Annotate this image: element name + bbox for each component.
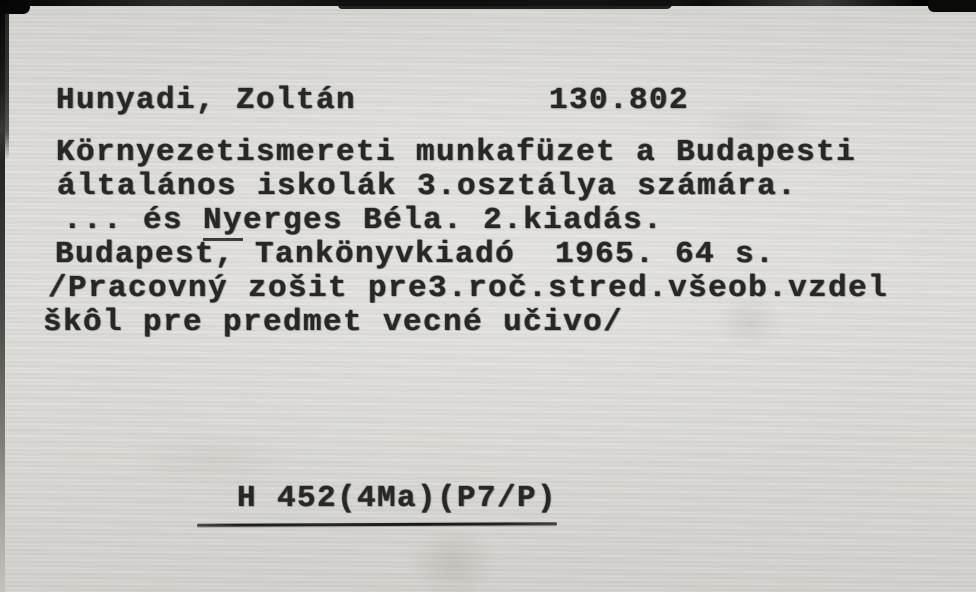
title-line-2: általános iskolák 3.osztálya számára.	[57, 170, 888, 204]
scan-edge-top-blob	[338, 0, 672, 9]
call-number: H 452(4Ma)(P7/P)	[237, 481, 557, 516]
author-name: Hunyadi, Zoltán	[56, 83, 356, 118]
imprint-line: Budapest, Tankönyvkiadó 1965. 64 s.	[55, 238, 888, 272]
authorship-prefix: ... és	[63, 203, 203, 238]
authorship-rest: erges Béla. 2.kiadás.	[243, 203, 663, 238]
note-line-2: škôl pre predmet vecné učivo/	[43, 306, 888, 340]
inventory-number: 130.802	[549, 83, 689, 118]
title-line-1: Környezetismereti munkafüzet a Budapesti	[56, 136, 888, 170]
title-statement-block: Környezetismereti munkafüzet a Budapesti…	[56, 136, 888, 340]
call-number-underline	[197, 522, 557, 527]
note-line-1: /Pracovný zošit pre3.roč.stred.všeob.vzd…	[48, 272, 888, 306]
authorship-line: ... és Nyerges Béla. 2.kiadás.	[63, 204, 888, 238]
scan-edge-left-top	[0, 0, 9, 160]
scan-corner-top-right	[928, 0, 976, 12]
paper-stain	[408, 528, 498, 592]
catalog-card: Hunyadi, Zoltán 130.802 Környezetismeret…	[0, 0, 976, 592]
underlined-name-part: Ny	[203, 203, 243, 241]
